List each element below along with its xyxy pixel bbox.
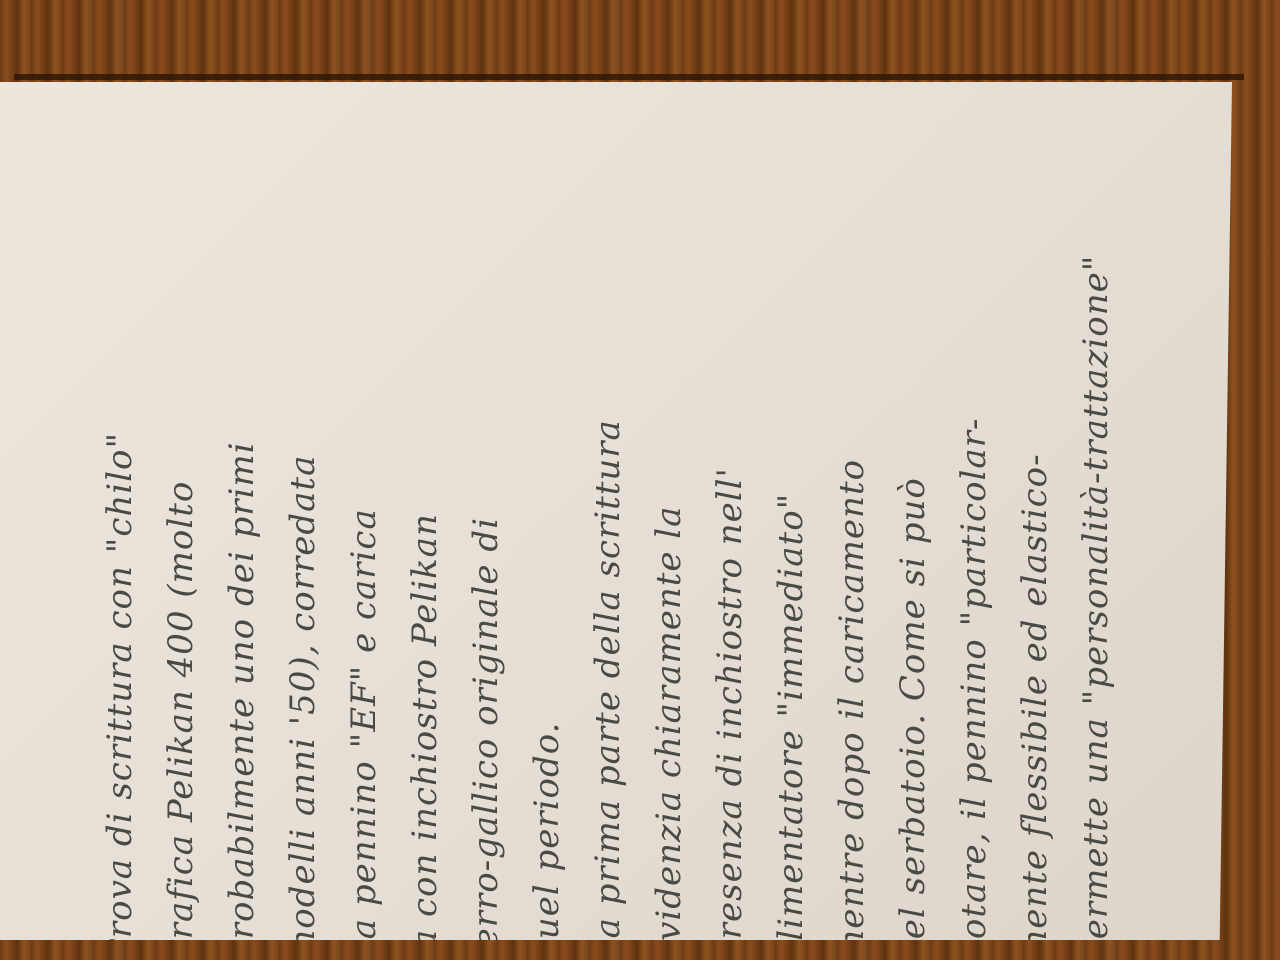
text-line: permette una "personalità-trattazione" <box>1066 142 1127 960</box>
text-line: evidenzia chiaramente la <box>639 142 700 960</box>
text-line: probabilmente uno dei primi <box>212 142 273 960</box>
text-line: mentre dopo il caricamento <box>822 142 883 960</box>
text-line: La prima parte della scrittura <box>578 142 639 960</box>
handwritten-text: Prova di scrittura con "chilo" grafica P… <box>90 142 1190 960</box>
text-line: notare, il pennino "particolar- <box>944 142 1005 960</box>
text-line: mente flessibile ed elastico- <box>1005 142 1066 960</box>
text-line: modelli anni '50), corredata <box>273 142 334 960</box>
text-line: grafica Pelikan 400 (molto <box>151 142 212 960</box>
handwritten-letter-paper: Prova di scrittura con "chilo" grafica P… <box>0 82 1232 940</box>
text-line: quel periodo. <box>517 142 578 960</box>
text-line: la con inchiostro Pelikan <box>395 142 456 960</box>
text-line: Prova di scrittura con "chilo" <box>90 142 151 960</box>
text-line: presenza di inchiostro nell' <box>700 142 761 960</box>
paper-shadow <box>14 74 1244 80</box>
text-line: del serbatoio. Come si può <box>883 142 944 960</box>
text-line: alimentatore "immediato" <box>761 142 822 960</box>
text-line: ferro-gallico originale di <box>456 142 517 960</box>
text-line: da pennino "EF" e carica <box>334 142 395 960</box>
